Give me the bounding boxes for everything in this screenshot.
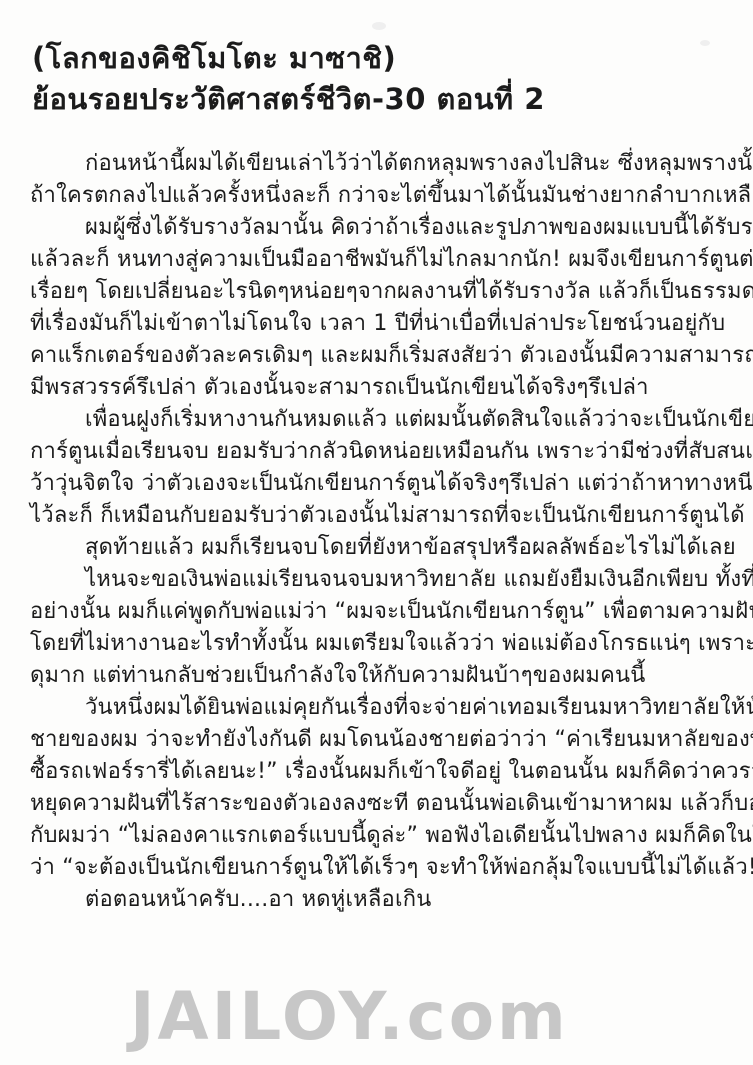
text-line: ไหนจะขอเงินพ่อแม่เรียนจนจบมหาวิทยาลัย แถ… [30,564,727,596]
scan-smudge [372,22,386,30]
text-line: เรื่อยๆ โดยเปลี่ยนอะไรนิดๆหน่อยๆจากผลงาน… [30,276,727,308]
text-line: ซื้อรถเฟอร์รารี่ได้เลยนะ!” เรื่องนั้นผมก… [30,756,727,788]
text-line: ว่า “จะต้องเป็นนักเขียนการ์ตูนให้ได้เร็ว… [30,852,727,884]
page-title-series: (โลกของคิชิโมโตะ มาซาชิ) [32,38,723,79]
text-line: ชายของผม ว่าจะทำยังไงกันดี ผมโดนน้องชายต… [30,724,727,756]
body-text: ก่อนหน้านี้ผมได้เขียนเล่าไว้ว่าได้ตกหลุม… [30,148,727,916]
text-line: ที่เรื่องมันก็ไม่เข้าตาไม่โดนใจ เวลา 1 ป… [30,308,727,340]
text-line: มีพรสวรรค์รึเปล่า ตัวเองนั้นจะสามารถเป็น… [30,372,727,404]
text-line: การ์ตูนเมื่อเรียนจบ ยอมรับว่ากลัวนิดหน่อ… [30,436,727,468]
text-line: ไว้ละก็ ก็เหมือนกับยอมรับว่าตัวเองนั้นไม… [30,500,727,532]
text-line: หยุดความฝันที่ไร้สาระของตัวเองลงซะที ตอน… [30,788,727,820]
document-header: (โลกของคิชิโมโตะ มาซาชิ) ย้อนรอยประวัติศ… [32,38,723,120]
text-line: ผมผู้ซึ่งได้รับรางวัลมานั้น คิดว่าถ้าเรื… [30,212,727,244]
text-line: ถ้าใครตกลงไปแล้วครั้งหนึ่งละก็ กว่าจะไต่… [30,180,727,212]
text-line: สุดท้ายแล้ว ผมก็เรียนจบโดยที่ยังหาข้อสรุ… [30,532,727,564]
text-line: วันหนึ่งผมได้ยินพ่อแม่คุยกันเรื่องที่จะจ… [30,692,727,724]
text-line: ต่อตอนหน้าครับ....อา หดหู่เหลือเกิน [30,884,727,916]
text-line: คาแร็กเตอร์ของตัวละครเดิมๆ และผมก็เริ่มส… [30,340,727,372]
text-line: อย่างนั้น ผมก็แค่พูดกับพ่อแม่ว่า “ผมจะเป… [30,596,727,628]
text-line: ว้าวุ่นจิตใจ ว่าตัวเองจะเป็นนักเขียนการ์… [30,468,727,500]
scanned-document-page: (โลกของคิชิโมโตะ มาซาชิ) ย้อนรอยประวัติศ… [0,0,753,1065]
text-line: เพื่อนฝูงก็เริ่มหางานกันหมดแล้ว แต่ผมนั้… [30,404,727,436]
text-line: โดยที่ไม่หางานอะไรทำทั้งนั้น ผมเตรียมใจแ… [30,628,727,660]
watermark-text: JAILOY.com [130,978,569,1055]
text-line: ดุมาก แต่ท่านกลับช่วยเป็นกำลังใจให้กับคว… [30,660,727,692]
text-line: แล้วละก็ หนทางสู่ความเป็นมืออาชีพมันก็ไม… [30,244,727,276]
text-line: ก่อนหน้านี้ผมได้เขียนเล่าไว้ว่าได้ตกหลุม… [30,148,727,180]
text-line: กับผมว่า “ไม่ลองคาแรกเตอร์แบบนี้ดูล่ะ” พ… [30,820,727,852]
page-title-episode: ย้อนรอยประวัติศาสตร์ชีวิต-30 ตอนที่ 2 [32,79,723,120]
